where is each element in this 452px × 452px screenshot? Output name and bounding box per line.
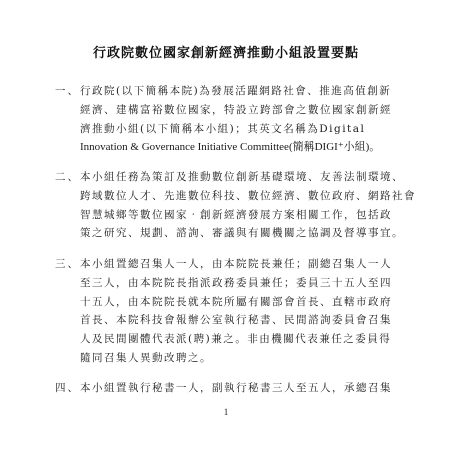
- section-line: 本小組置總召集人一人，由本院院長兼任；副總召集人一人: [80, 255, 415, 274]
- section-line: 十五人，由本院院長就本院所屬有關部會首長、直轄市政府: [80, 293, 415, 312]
- section-line: 本小組置執行秘書一人，副執行秘書三人至五人，承總召集: [80, 379, 415, 398]
- section-number: 二、: [55, 168, 80, 187]
- section-line: 隨同召集人異動改聘之。: [80, 349, 415, 368]
- section-body: 本小組置執行秘書一人，副執行秘書三人至五人，承總召集: [80, 379, 415, 398]
- document-title: 行政院數位國家創新經濟推動小組設置要點: [0, 42, 452, 61]
- section-number: 四、: [55, 379, 80, 398]
- section-line: 行政院(以下簡稱本院)為發展活躍網路社會、推進高值創新: [80, 82, 415, 101]
- section-line: 至三人，由本院院長指派政務委員兼任；委員三十五人至四: [80, 274, 415, 293]
- page-number: 1: [0, 407, 452, 417]
- section-line: 本小組任務為策訂及推動數位創新基礎環境、友善法制環境、: [80, 168, 415, 187]
- section-line: 智慧城鄉等數位國家‧創新經濟發展方案相關工作，包括政: [80, 206, 415, 225]
- section-number: 三、: [55, 255, 80, 274]
- section-line: 首長、本院科技會報辦公室執行秘書、民間諮詢委員會召集: [80, 311, 415, 330]
- section-line: 濟推動小組(以下簡稱本小組)；其英文名稱為Digital: [80, 120, 415, 139]
- section-body: 本小組置總召集人一人，由本院院長兼任；副總召集人一人 至三人，由本院院長指派政務…: [80, 255, 415, 368]
- section-line: 策之研究、規劃、諮詢、審議與有關機關之協調及督導事宜。: [80, 224, 415, 243]
- section-body: 行政院(以下簡稱本院)為發展活躍網路社會、推進高值創新 經濟、建構富裕數位國家，…: [80, 82, 415, 157]
- section-line: 跨域數位人才、先進數位科技、數位經濟、數位政府、網路社會: [80, 187, 415, 206]
- section-line: 人及民間團體代表派(聘)兼之。非由機關代表兼任之委員得: [80, 330, 415, 349]
- section-number: 一、: [55, 82, 80, 101]
- section-line: 經濟、建構富裕數位國家，特設立跨部會之數位國家創新經: [80, 101, 415, 120]
- section-line: Innovation & Governance Initiative Commi…: [80, 138, 415, 157]
- section-body: 本小組任務為策訂及推動數位創新基礎環境、友善法制環境、 跨域數位人才、先進數位科…: [80, 168, 415, 243]
